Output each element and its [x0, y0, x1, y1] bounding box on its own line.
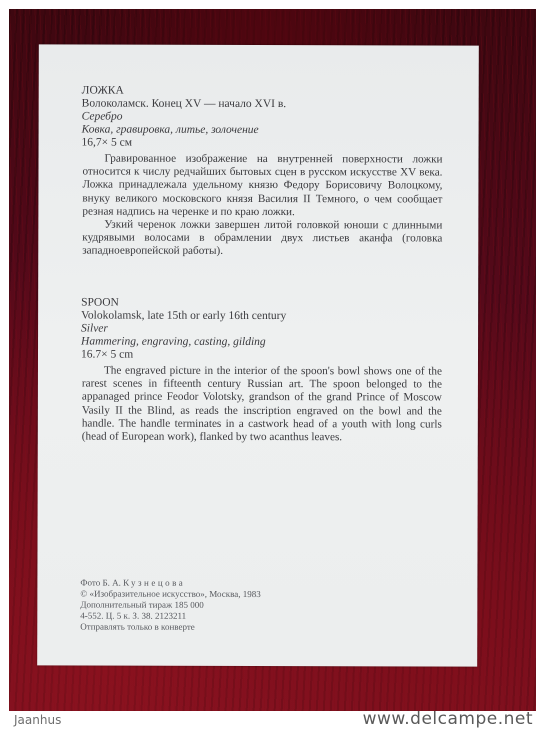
photo-credit-name: Кузнецова [123, 578, 185, 588]
english-description: The engraved picture in the interior of … [82, 365, 442, 445]
russian-description: Гравированное изображение на внутренней … [82, 153, 442, 260]
russian-header: ЛОЖКА Волоколамск. Конец XV — начало XVI… [82, 85, 447, 151]
english-dimensions: 16.7× 5 cm [81, 349, 446, 363]
russian-title: ЛОЖКА [82, 85, 447, 99]
seller-watermark: Jaanhus [14, 713, 61, 727]
english-origin: Volokolamsk, late 15th or early 16th cen… [81, 310, 446, 324]
postcard-back: ЛОЖКА Волоколамск. Конец XV — начало XVI… [37, 44, 479, 666]
russian-origin: Волоколамск. Конец XV — начало XVI в. [82, 98, 447, 112]
mailing-note: Отправлять только в конверте [80, 622, 445, 634]
photo-credit-label: Фото Б. А. [80, 578, 121, 588]
english-header: SPOON Volokolamsk, late 15th or early 16… [81, 297, 446, 363]
site-watermark: www.delcampe.net [363, 709, 533, 729]
russian-material: Серебро [82, 111, 447, 125]
english-material: Silver [81, 323, 446, 337]
russian-dimensions: 16,7× 5 см [82, 137, 447, 151]
english-title: SPOON [81, 297, 446, 311]
publisher-credits: Фото Б. А. Кузнецова © «Изобразительное … [80, 578, 445, 634]
english-paragraph-1: The engraved picture in the interior of … [82, 365, 442, 445]
russian-paragraph-2: Узкий черенок ложки завершен литой голов… [82, 219, 442, 260]
russian-paragraph-1: Гравированное изображение на внутренней … [82, 153, 442, 220]
russian-technique: Ковка, гравировка, литье, золочение [82, 124, 447, 138]
english-technique: Hammering, engraving, casting, gilding [81, 336, 446, 350]
